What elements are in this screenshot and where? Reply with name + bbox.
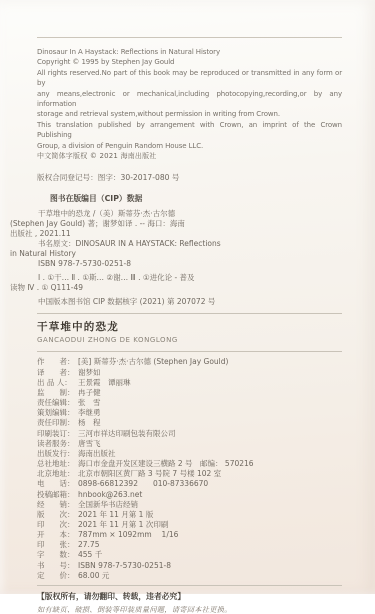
meta-value: 68.00 元: [78, 571, 342, 581]
cip-line: 书名原文：DINOSAUR IN A HAYSTACK: Reflections: [10, 239, 342, 249]
metadata-section-divider: [37, 351, 342, 352]
meta-value: 0898-66812392 010-87336670: [78, 479, 342, 489]
meta-value: 海南出版社: [78, 449, 342, 459]
title-section-divider: [37, 313, 342, 314]
registration-line: 版权合同登记号：图字：30-2017-080 号: [37, 173, 342, 183]
meta-label: 责任编辑：: [37, 398, 78, 408]
meta-value: 张 雪: [78, 398, 342, 408]
cip-line: in Natural History: [10, 249, 342, 259]
meta-value: hnbook@263.net: [78, 490, 342, 500]
meta-value: ISBN 978-7-5730-0251-8: [78, 561, 342, 571]
meta-label: 电 话：: [37, 479, 78, 489]
meta-row-print-supervisor: 责任印制：杨 程: [37, 418, 342, 428]
meta-row-price: 定 价：68.00 元: [37, 571, 342, 581]
meta-row-translator: 译 者：谢梦如: [37, 368, 342, 378]
chinese-copyright-line: 中文简体字版权 © 2021 海南出版社: [37, 151, 342, 161]
book-title-chinese: 干草堆中的恐龙: [37, 321, 342, 333]
copyright-line-title: Dinosaur In A Haystack: Reflections in N…: [37, 47, 342, 57]
meta-label: 版 次：: [37, 510, 78, 520]
meta-label: 监 制：: [37, 388, 78, 398]
meta-label: 策划编辑：: [37, 408, 78, 418]
meta-label: 开 本：: [37, 530, 78, 540]
cip-line: (Stephen Jay Gould) 著；谢梦如译 . -- 海口：海南: [10, 219, 342, 229]
meta-row-edition: 版 次：2021 年 11 月第 1 版: [37, 510, 342, 520]
meta-label: 印刷装订：: [37, 429, 78, 439]
meta-value: 海口市金盘开发区建设三横路 2 号 邮编： 570216: [78, 459, 342, 469]
meta-row-format: 开 本：787mm × 1092mm 1/16: [37, 530, 342, 540]
meta-row-submission-email: 投稿邮箱：hnbook@263.net: [37, 490, 342, 500]
meta-label: 经 销：: [37, 500, 78, 510]
meta-row-beijing-address: 北京地址：北京市朝阳区黄厂路 3 号院 7 号楼 102 室: [37, 469, 342, 479]
meta-row-planning-editor: 策划编辑：李继勇: [37, 408, 342, 418]
meta-label: 投稿邮箱：: [37, 490, 78, 500]
meta-row-head-office-address: 总社地址：海口市金盘开发区建设三横路 2 号 邮编： 570216: [37, 459, 342, 469]
meta-value: 李继勇: [78, 408, 342, 418]
meta-value: 杨 程: [78, 418, 342, 428]
meta-value: 冉子健: [78, 388, 342, 398]
meta-value: 787mm × 1092mm 1/16: [78, 530, 342, 540]
meta-label: 译 者：: [37, 368, 78, 378]
meta-value: 27.75: [78, 540, 342, 550]
meta-row-producer: 出 品 人：王景霞 谭丽琳: [37, 378, 342, 388]
meta-row-printing: 印 次：2021 年 11 月第 1 次印刷: [37, 520, 342, 530]
meta-label: 北京地址：: [37, 469, 78, 479]
meta-row-author: 作 者：[美] 斯蒂芬·杰·古尔德 (Stephen Jay Gould): [37, 357, 342, 367]
meta-label: 总社地址：: [37, 459, 78, 469]
meta-row-distribution: 经 销：全国新华书店经销: [37, 500, 342, 510]
meta-value: 唐雪飞: [78, 439, 342, 449]
copyright-line-year: Copyright © 1995 by Stephen Jay Gould: [37, 57, 342, 67]
meta-label: 作 者：: [37, 357, 78, 367]
meta-row-reader-service: 读者服务：唐雪飞: [37, 439, 342, 449]
meta-row-isbn: 书 号：ISBN 978-7-5730-0251-8: [37, 561, 342, 571]
meta-row-publisher: 出版发行：海南出版社: [37, 449, 342, 459]
copyright-line-rights-3: storage and retrieval system,without per…: [37, 109, 342, 119]
cip-classification-line: Ⅰ . ①干… Ⅱ . ①斯… ②谢… Ⅲ . ①进化论 - 普及: [10, 273, 342, 283]
meta-label: 责任印制：: [37, 418, 78, 428]
meta-value: 2021 年 11 月第 1 版: [78, 510, 342, 520]
footer-divider: [37, 585, 342, 586]
meta-row-supervisor: 监 制：冉子健: [37, 388, 342, 398]
copyright-line-rights-2: any means,electronic or mechanical,inclu…: [37, 89, 342, 110]
meta-label: 印 次：: [37, 520, 78, 530]
meta-value: 王景霞 谭丽琳: [78, 378, 342, 388]
copyright-line-translation-2: Group, a division of Penguin Random Hous…: [37, 141, 342, 151]
meta-label: 书 号：: [37, 561, 78, 571]
publication-metadata-list: 作 者：[美] 斯蒂芬·杰·古尔德 (Stephen Jay Gould) 译 …: [37, 357, 342, 580]
meta-row-responsible-editor: 责任编辑：张 雪: [37, 398, 342, 408]
cip-classification-line: 读物 Ⅳ . ① Q111-49: [10, 283, 342, 293]
meta-label: 出版发行：: [37, 449, 78, 459]
meta-label: 出 品 人：: [37, 378, 78, 388]
cip-line: 出版社 , 2021.11: [10, 229, 342, 239]
top-divider: [37, 37, 342, 38]
meta-value: 2021 年 11 月第 1 次印刷: [78, 520, 342, 530]
page-content: Dinosaur In A Haystack: Reflections in N…: [37, 0, 342, 594]
cip-line: ISBN 978-7-5730-0251-8: [10, 259, 342, 269]
meta-row-word-count: 字 数：455 千: [37, 550, 342, 560]
meta-label: 印 张：: [37, 540, 78, 550]
meta-row-printer: 印刷装订：三河市祥达印刷包装有限公司: [37, 429, 342, 439]
meta-value: 全国新华书店经销: [78, 500, 342, 510]
book-copyright-page: Dinosaur In A Haystack: Reflections in N…: [0, 0, 375, 594]
meta-label: 定 价：: [37, 571, 78, 581]
meta-value: 谢梦如: [78, 368, 342, 378]
meta-label: 字 数：: [37, 550, 78, 560]
meta-value: [美] 斯蒂芬·杰·古尔德 (Stephen Jay Gould): [78, 357, 342, 367]
english-copyright-block: Dinosaur In A Haystack: Reflections in N…: [37, 47, 342, 161]
meta-label: 读者服务：: [37, 439, 78, 449]
cip-record-number-line: 中国版本图书馆 CIP 数据核字 (2021) 第 207072 号: [10, 297, 342, 307]
meta-value: 455 千: [78, 550, 342, 560]
meta-row-telephone: 电 话：0898-66812392 010-87336670: [37, 479, 342, 489]
cip-header: 图书在版编目（CIP）数据: [50, 194, 342, 204]
meta-value: 北京市朝阳区黄厂路 3 号院 7 号楼 102 室: [78, 469, 342, 479]
cip-data-block: 干草堆中的恐龙 /（美）斯蒂芬·杰·古尔德 (Stephen Jay Gould…: [10, 209, 342, 307]
meta-row-sheets: 印 张：27.75: [37, 540, 342, 550]
cip-line: 干草堆中的恐龙 /（美）斯蒂芬·杰·古尔德: [10, 209, 342, 219]
meta-value: 三河市祥达印刷包装有限公司: [78, 429, 342, 439]
copyright-line-translation-1: This translation published by arrangemen…: [37, 120, 342, 141]
book-title-pinyin: GANCAODUI ZHONG DE KONGLONG: [37, 336, 342, 345]
copyright-line-rights-1: All rights reserved.No part of this book…: [37, 68, 342, 89]
